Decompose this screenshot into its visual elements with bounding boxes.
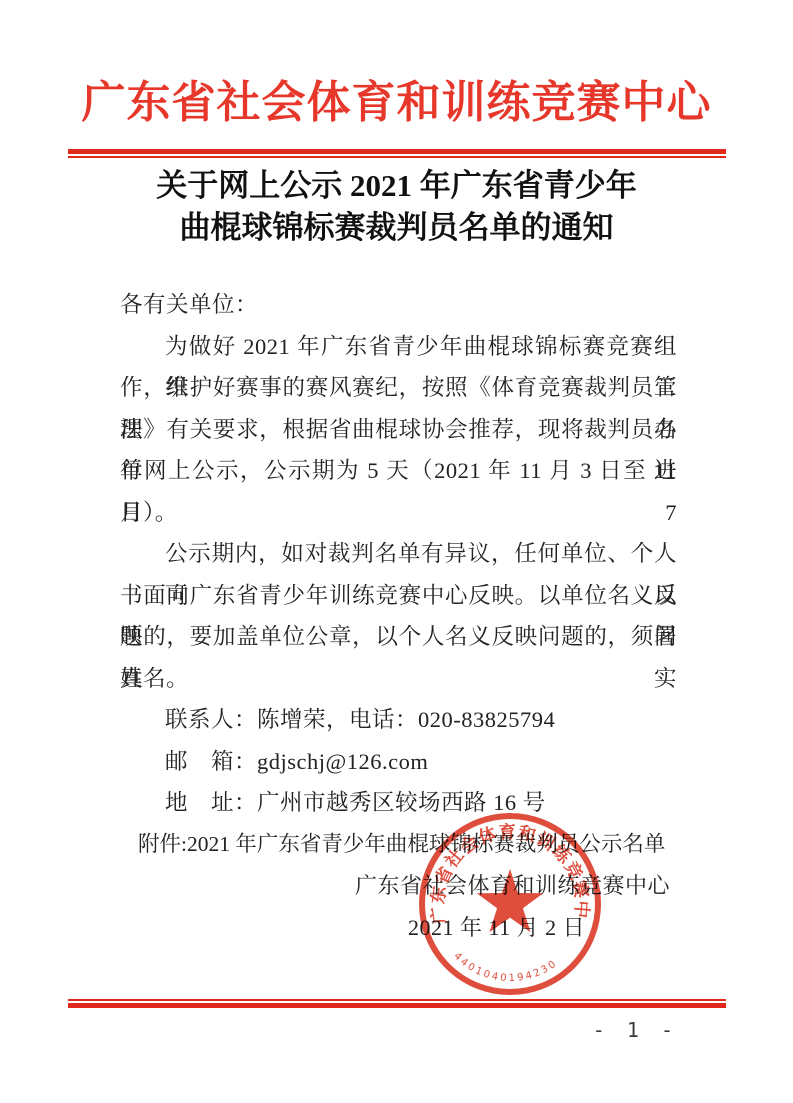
document-title: 关于网上公示 2021 年广东省青少年 曲棍球锦标赛裁判员名单的通知: [0, 165, 793, 249]
letterhead-divider: [68, 149, 726, 158]
body-line-salutation: 各有关单位：: [120, 284, 677, 326]
document-page: 广东省社会体育和训练竞赛中心 关于网上公示 2021 年广东省青少年 曲棍球锦标…: [0, 0, 793, 1103]
document-title-line2: 曲棍球锦标赛裁判员名单的通知: [0, 207, 793, 249]
official-seal: 广东省社会体育和训练竞赛中心 4401040194230: [412, 806, 608, 1002]
body-line: 法》有关要求，根据省曲棍球协会推荐，现将裁判员名单进: [120, 409, 677, 451]
body-line: 公示期内，如对裁判名单有异议，任何单位、个人可以: [120, 533, 677, 575]
document-title-line1: 关于网上公示 2021 年广东省青少年: [0, 165, 793, 207]
body-line: 行网上公示，公示期为 5 天（2021 年 11 月 3 日至 11 月 7: [120, 450, 677, 492]
footer-divider: [68, 999, 726, 1008]
body-line: 为做好 2021 年广东省青少年曲棍球锦标赛竞赛组织工: [120, 326, 677, 368]
body-line: 书面向广东省青少年训练竞赛中心反映。以单位名义反映问: [120, 575, 677, 617]
body-line: 题的，要加盖单位公章，以个人名义反映问题的，须署真实: [120, 616, 677, 658]
body-line: 作，维护好赛事的赛风赛纪，按照《体育竞赛裁判员管理办: [120, 367, 677, 409]
contact-person-line: 联系人：陈增荣，电话：020-83825794: [120, 699, 677, 741]
letterhead-org-name: 广东省社会体育和训练竞赛中心: [0, 66, 793, 130]
contact-email-line: 邮 箱：gdjschj@126.com: [120, 741, 677, 783]
seal-star-icon: [477, 869, 544, 932]
page-number: - 1 -: [593, 1018, 678, 1042]
